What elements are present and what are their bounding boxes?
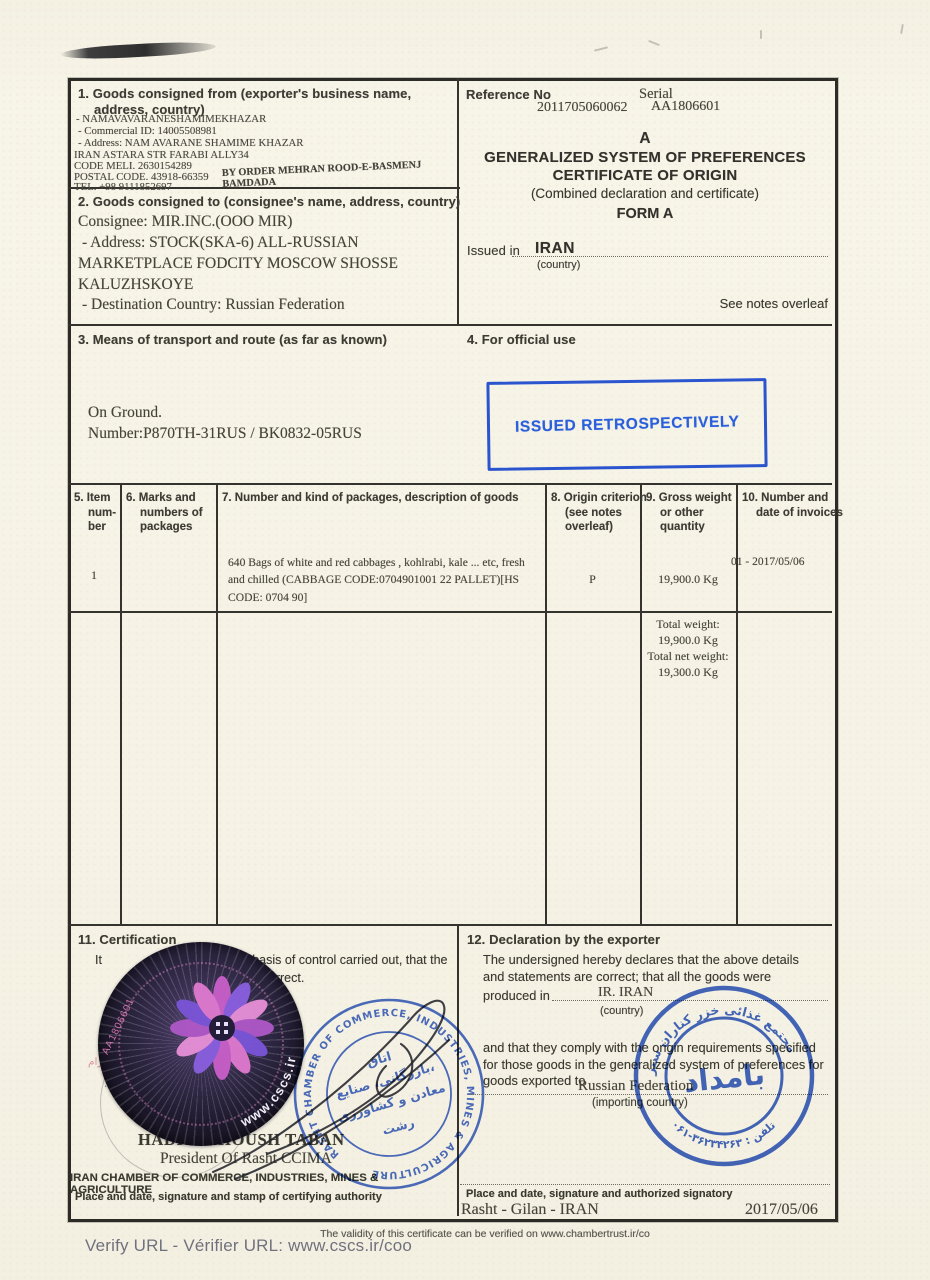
svg-text:تلفن : ۳۶۲۳۴۲۶۳-۰۶۱: تلفن : ۳۶۲۳۴۲۶۳-۰۶۱ [668,1108,780,1158]
consignee-address-1: - Address: STOCK(SKA-6) ALL-RUSSIAN [82,234,359,252]
reference-no-value: 2011705060062 [537,100,627,116]
box3-label: 3. Means of transport and route (as far … [78,332,387,347]
exporter-address: - Address: NAM AVARANE SHAMIME KHAZAR [78,138,303,150]
col-header-marks: 6. Marks and numbers of packages [126,491,226,535]
title-line-2: CERTIFICATE OF ORIGIN [458,167,832,184]
form-name: FORM A [458,206,832,222]
row-item-number: 1 [68,568,120,583]
consignee-address-2: MARKETPLACE FODCITY MOSCOW SHOSSE [78,255,398,273]
col-header-description: 7. Number and kind of packages, descript… [222,491,556,506]
pencil-mark [594,46,608,51]
transport-line-1: On Ground. [88,404,162,422]
serial-value: AA1806601 [651,99,720,115]
destination-country: - Destination Country: Russian Federatio… [82,296,345,314]
title-letter: A [458,130,832,148]
table-column-line [640,483,642,924]
divider [68,324,832,326]
col-header-invoice: 10. Number and date of invoices [742,491,844,520]
title-subtitle: (Combined declaration and certificate) [458,186,832,201]
total-weight-value: 19,900.0 Kg [636,633,740,648]
issued-retrospectively-stamp: ISSUED RETROSPECTIVELY [486,378,767,471]
table-column-line [216,483,218,924]
exporter-name: - NAMAVAVARANESHAMIMEKHAZAR [76,114,266,126]
col-header-origin: 8. Origin criterion (see notes overleaf) [551,491,649,535]
signatory-date: 2017/05/06 [745,1201,818,1219]
total-net-weight-value: 19,300.0 Kg [636,665,740,680]
scan-smudge [60,40,216,61]
footer-verify-url: Verify URL - Vérifier URL: www.cscs.ir/c… [85,1236,412,1256]
exporter-stamp-center: بامداد [682,1057,766,1099]
exporter-commercial-id: - Commercial ID: 14005508981 [78,126,217,138]
box2-label: 2. Goods consigned to (consignee's name,… [78,194,460,209]
col-header-item: 5. Item num-ber [74,491,132,535]
exporter-tel: TEL. +98 9111852697 [74,182,172,194]
produced-in-label: produced in [483,988,550,1003]
title-line-1: GENERALIZED SYSTEM OF PREFERENCES [458,149,832,166]
transport-line-2: Number:P870TH-31RUS / BK0832-05RUS [88,425,362,443]
pencil-mark [760,30,762,39]
see-notes-overleaf: See notes overleaf [600,296,828,311]
issued-retrospectively-text: ISSUED RETROSPECTIVELY [515,413,740,436]
row-gross-weight: 19,900.0 Kg [640,572,736,587]
rasht-stamp-fa-4: رشت [380,1114,416,1137]
exporter-stamp-ring-bottom: تلفن : ۳۶۲۳۴۲۶۳-۰۶۱ [668,1108,780,1158]
rasht-stamp-fa-1: اتاق [365,1048,393,1069]
signatory-place: Rasht - Gilan - IRAN [461,1201,599,1219]
row-invoice: 01 - 2017/05/06 [731,556,835,568]
box12-label: 12. Declaration by the exporter [467,932,660,947]
divider [68,483,832,485]
consignee-address-3: KALUZHSKOYE [78,276,193,294]
row-origin-criterion: P [545,572,640,587]
divider [68,924,832,926]
box4-label: 4. For official use [467,332,576,347]
table-column-line [545,483,547,924]
country-hint: (country) [537,259,580,271]
col-header-weight: 9. Gross weight or other quantity [646,491,746,535]
box12-caption: Place and date, signature and authorized… [466,1188,733,1200]
exporter-stamp: مجتمع غذائی خزر کناران سبز تلفن : ۳۶۲۳۴۲… [621,973,828,1180]
totals-line [68,611,832,613]
pencil-mark [648,40,660,46]
table-column-line [736,483,738,924]
consignee-name: Consignee: MIR.INC.(OOO MIR) [78,213,292,231]
total-weight-label: Total weight: [636,617,740,632]
pencil-mark [900,24,904,34]
row-description: 640 Bags of white and red cabbages , koh… [228,554,540,606]
certificate-page: 1. Goods consigned from (exporter's busi… [0,0,930,1280]
table-column-line [120,483,122,924]
box12-caption-line [460,1184,830,1185]
total-net-weight-label: Total net weight: [632,649,744,664]
issued-in-value: IRAN [535,240,575,258]
